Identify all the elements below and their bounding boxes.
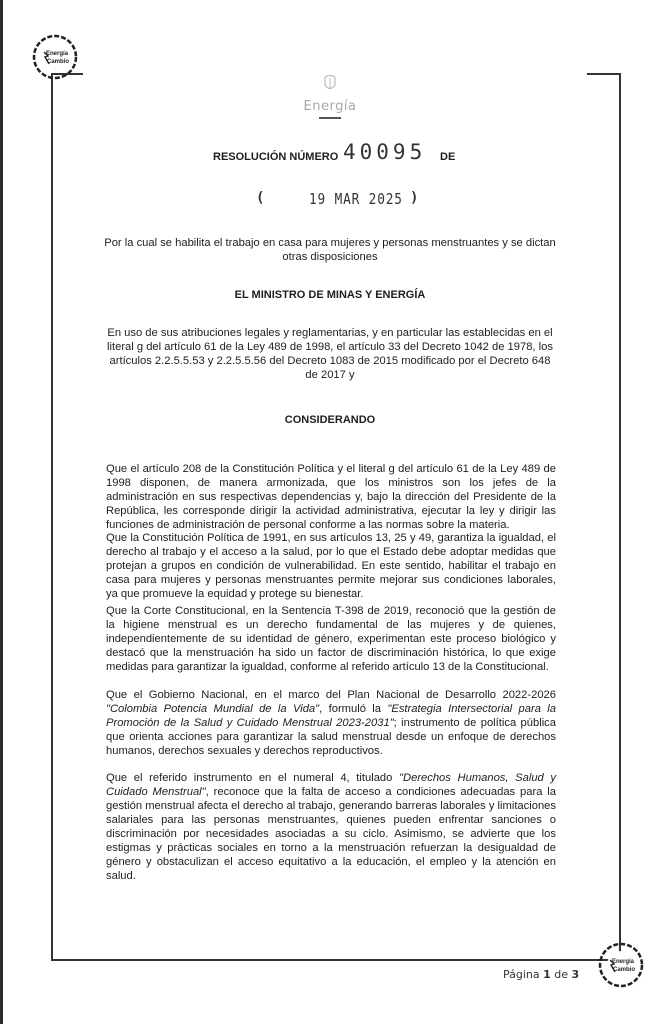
italic-quote: "Colombia Potencia Mundial de la Vida" xyxy=(106,703,319,715)
frame-bottom xyxy=(51,959,621,961)
svg-text:Cambio: Cambio xyxy=(613,967,635,973)
page-of-label: de xyxy=(554,968,568,981)
considerando-paragraph: Que la Corte Constitucional, en la Sente… xyxy=(106,604,556,674)
preamble-text: En uso de sus atribuciones legales y reg… xyxy=(104,326,556,382)
energia-cambio-seal-icon: Energía Cambio xyxy=(596,940,646,990)
considerando-paragraph: Que el referido instrumento en el numera… xyxy=(106,771,556,883)
resolution-subtitle: Por la cual se habilita el trabajo en ca… xyxy=(100,236,560,264)
paragraph-text: Que el Gobierno Nacional, en el marco de… xyxy=(106,689,556,701)
considerando-paragraph: Que el Gobierno Nacional, en el marco de… xyxy=(106,688,556,758)
coat-of-arms-icon xyxy=(322,74,338,94)
svg-text:Cambio: Cambio xyxy=(47,59,69,65)
paragraph-text: , reconoce que la falta de acceso a cond… xyxy=(106,786,556,882)
resolution-date-stamp: 19 MAR 2025 xyxy=(309,190,403,208)
page-total: 3 xyxy=(572,968,580,981)
paragraph-text: , formuló la xyxy=(319,703,387,715)
resolution-label: RESOLUCIÓN NÚMERO xyxy=(213,151,338,163)
logo-underline xyxy=(319,117,341,119)
considerando-paragraph: Que la Constitución Política de 1991, en… xyxy=(106,531,556,601)
resolution-de-label: DE xyxy=(440,151,455,163)
page-current: 1 xyxy=(543,968,551,981)
paragraph-text: Que el referido instrumento en el numera… xyxy=(106,772,399,784)
considerando-heading: CONSIDERANDO xyxy=(100,413,560,427)
considerando-paragraph: Que el artículo 208 de la Constitución P… xyxy=(106,462,556,532)
date-paren-open: ( xyxy=(256,190,264,206)
ministry-logo: Energía xyxy=(300,74,360,119)
svg-text:Energía: Energía xyxy=(612,959,635,965)
page-number: Página 1 de 3 xyxy=(503,968,579,981)
frame-top-right xyxy=(587,73,621,75)
page-label: Página xyxy=(503,968,540,981)
resolution-header: RESOLUCIÓN NÚMERO 40095 DE xyxy=(0,140,660,170)
energia-cambio-seal-icon: Energía Cambio xyxy=(30,32,80,82)
logo-text: Energía xyxy=(300,99,360,114)
resolution-number: 40095 xyxy=(343,140,426,164)
svg-text:Energía: Energía xyxy=(46,51,69,57)
issuing-authority: EL MINISTRO DE MINAS Y ENERGÍA xyxy=(100,288,560,302)
resolution-date-line: ( 19 MAR 2025 ) xyxy=(0,190,660,214)
date-paren-close: ) xyxy=(410,190,418,206)
